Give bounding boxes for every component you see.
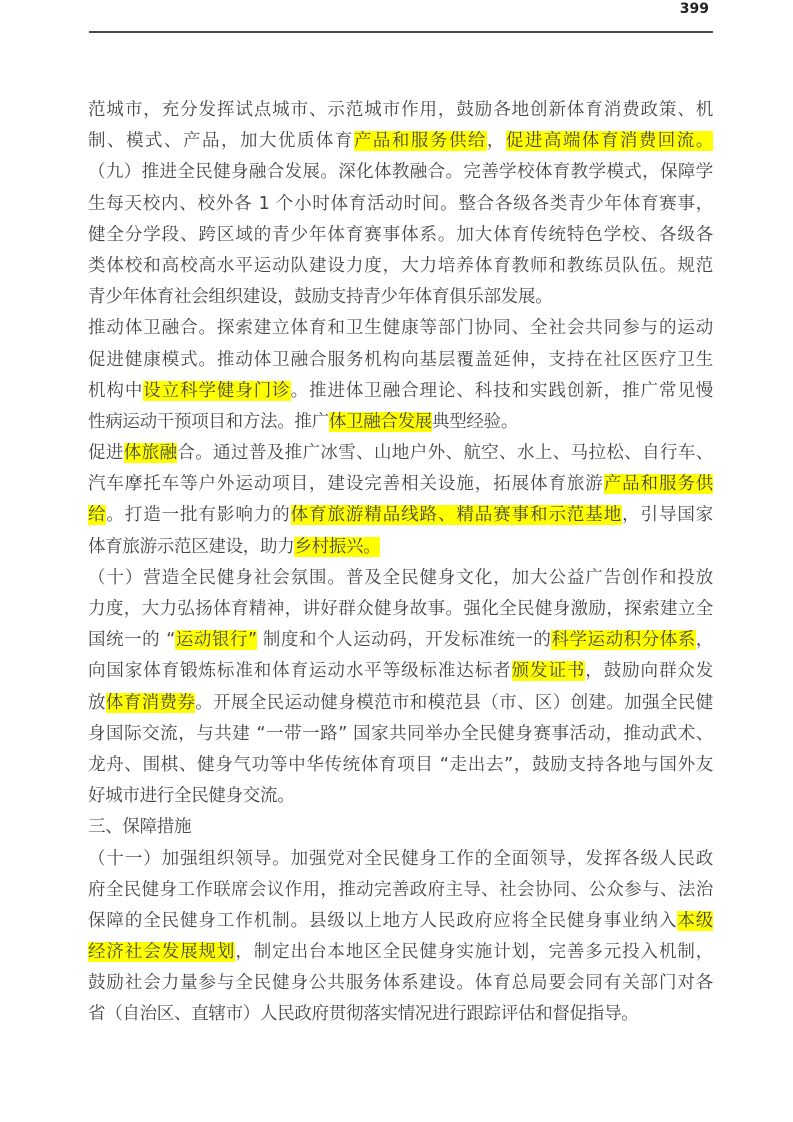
text-segment: 汽车摩托车等户外运动项目，建设完善相关设施，拓展体育旅游 <box>88 474 604 494</box>
highlighted-text: 产品和服务供 <box>604 474 713 494</box>
text-line: 推动体卫融合。探索建立体育和卫生健康等部门协同、全社会共同参与的运动 <box>88 313 713 344</box>
text-segment: 推动体卫融合。探索建立体育和卫生健康等部门协同、全社会共同参与的运动 <box>88 318 713 338</box>
text-segment: ，制定出台本地区全民健身实施计划，完善多元投入机制， <box>235 942 713 962</box>
text-segment: 促进 <box>88 443 124 463</box>
text-line: （十）营造全民健身社会氛围。普及全民健身文化，加大公益广告创作和投放 <box>88 563 713 594</box>
text-line: 性病运动干预项目和方法。推广体卫融合发展典型经验。 <box>88 407 713 438</box>
text-segment: ，鼓励向群众发 <box>585 661 713 681</box>
text-line: 健全分学段、跨区域的青少年体育赛事体系。加大体育传统特色学校、各级各 <box>88 220 713 251</box>
highlighted-text: 运动银行” <box>175 630 257 650</box>
text-segment: 向国家体育锻炼标准和体育运动水平等级标准达标者 <box>88 661 512 681</box>
highlighted-text: 体育旅游精品线路、精品赛事和示范基地 <box>291 505 623 525</box>
text-segment: 性病运动干预项目和方法。推广 <box>88 412 329 432</box>
header-rule <box>89 31 713 33</box>
text-segment: 典型经验。 <box>432 412 518 432</box>
text-line: 促进体旅融合。通过普及推广冰雪、山地户外、航空、水上、马拉松、自行车、 <box>88 438 713 469</box>
text-segment: 。打造一批有影响力的 <box>106 505 290 525</box>
text-line: （九）推进全民健身融合发展。深化体教融合。完善学校体育教学模式，保障学 <box>88 157 713 188</box>
text-line: 鼓励社会力量参与全民健身公共服务体系建设。体育总局要会同有关部门对各 <box>88 968 713 999</box>
highlighted-text: 本级 <box>677 911 713 931</box>
text-segment: 机构中 <box>88 381 143 401</box>
text-line: 龙舟、围棋、健身气功等中华传统体育项目 “走出去”，鼓励支持各地与国外友 <box>88 750 713 781</box>
text-segment: 省（自治区、直辖市）人民政府贯彻落实情况进行跟踪评估和督促指导。 <box>88 1004 638 1024</box>
text-segment: ， <box>696 630 713 650</box>
text-segment: 合。通过普及推广冰雪、山地户外、航空、水上、马拉松、自行车、 <box>177 443 713 463</box>
highlighted-text: 科学运动积分体系 <box>551 630 695 650</box>
text-segment: 国统一的 “ <box>88 630 175 650</box>
para-consumption: 范城市，充分发挥试点城市、示范城市作用，鼓励各地创新体育消费政策、机制、模式、产… <box>88 95 713 157</box>
highlighted-text: 乡村振兴。 <box>294 537 380 557</box>
text-segment: （九）推进全民健身融合发展。深化体教融合。完善学校体育教学模式，保障学 <box>88 162 713 182</box>
text-line: 体育旅游示范区建设，助力乡村振兴。 <box>88 532 713 563</box>
text-body: 范城市，充分发挥试点城市、示范城市作用，鼓励各地创新体育消费政策、机制、模式、产… <box>88 95 713 1031</box>
text-segment: 促进健康模式。推动体卫融合服务机构向基层覆盖延伸，支持在社区医疗卫生 <box>88 350 713 370</box>
highlighted-text: 产品和服务供给 <box>354 131 487 151</box>
text-segment: 健全分学段、跨区域的青少年体育赛事体系。加大体育传统特色学校、各级各 <box>88 225 713 245</box>
text-segment: 放 <box>88 693 106 713</box>
highlighted-text: 给 <box>88 505 106 525</box>
text-segment: 龙舟、围棋、健身气功等中华传统体育项目 “走出去”，鼓励支持各地与国外友 <box>88 755 713 775</box>
highlighted-text: 体育消费券 <box>106 693 195 713</box>
text-segment: 力度，大力弘扬体育精神，讲好群众健身故事。强化全民健身激励，探索建立全 <box>88 599 713 619</box>
text-segment: 制、模式、产品，加大优质体育 <box>88 131 354 151</box>
text-line: 制、模式、产品，加大优质体育产品和服务供给，促进高端体育消费回流。 <box>88 126 713 157</box>
text-line: 省（自治区、直辖市）人民政府贯彻落实情况进行跟踪评估和督促指导。 <box>88 999 713 1030</box>
text-segment: 制度和个人运动码，开发标准统一的 <box>257 630 552 650</box>
text-line: 范城市，充分发挥试点城市、示范城市作用，鼓励各地创新体育消费政策、机 <box>88 95 713 126</box>
text-segment: 青少年体育社会组织建设，鼓励支持青少年体育俱乐部发展。 <box>88 287 552 307</box>
highlighted-text: 促进高端体育消费回流。 <box>506 131 713 151</box>
text-line: 保障的全民健身工作机制。县级以上地方人民政府应将全民健身事业纳入本级 <box>88 906 713 937</box>
text-line: 力度，大力弘扬体育精神，讲好群众健身故事。强化全民健身激励，探索建立全 <box>88 594 713 625</box>
text-line: 放体育消费券。开展全民运动健身模范市和模范县（市、区）创建。加强全民健 <box>88 688 713 719</box>
section-heading-safeguards: 三、保障措施 <box>88 812 713 843</box>
text-segment: 生每天校内、校外各 1 个小时体育活动时间。整合各级各类青少年体育赛事， <box>88 194 713 214</box>
page-number: 399 <box>680 1 709 17</box>
text-segment: 。推进体卫融合理论、科技和实践创新，推广常见慢 <box>291 381 713 401</box>
text-line: 青少年体育社会组织建设，鼓励支持青少年体育俱乐部发展。 <box>88 282 713 313</box>
para-10-atmosphere: （十）营造全民健身社会氛围。普及全民健身文化，加大公益广告创作和投放力度，大力弘… <box>88 563 713 813</box>
text-line: 身国际交流，与共建 “一带一路” 国家共同举办全民健身赛事活动，推动武术、 <box>88 719 713 750</box>
para-sport-tourism: 促进体旅融合。通过普及推广冰雪、山地户外、航空、水上、马拉松、自行车、汽车摩托车… <box>88 438 713 563</box>
highlighted-text: 体旅融 <box>124 443 178 463</box>
text-line: 生每天校内、校外各 1 个小时体育活动时间。整合各级各类青少年体育赛事， <box>88 189 713 220</box>
text-line: 汽车摩托车等户外运动项目，建设完善相关设施，拓展体育旅游产品和服务供 <box>88 469 713 500</box>
text-segment: 范城市，充分发挥试点城市、示范城市作用，鼓励各地创新体育消费政策、机 <box>88 100 713 120</box>
text-line: 国统一的 “运动银行” 制度和个人运动码，开发标准统一的科学运动积分体系， <box>88 625 713 656</box>
text-segment: 体育旅游示范区建设，助力 <box>88 537 294 557</box>
text-line: （十一）加强组织领导。加强党对全民健身工作的全面领导，发挥各级人民政 <box>88 844 713 875</box>
text-line: 经济社会发展规划，制定出台本地区全民健身实施计划，完善多元投入机制， <box>88 937 713 968</box>
para-sport-health: 推动体卫融合。探索建立体育和卫生健康等部门协同、全社会共同参与的运动促进健康模式… <box>88 313 713 438</box>
para-9-integration: （九）推进全民健身融合发展。深化体教融合。完善学校体育教学模式，保障学生每天校内… <box>88 157 713 313</box>
text-line: 三、保障措施 <box>88 812 713 843</box>
text-line: 好城市进行全民健身交流。 <box>88 781 713 812</box>
text-line: 机构中设立科学健身门诊。推进体卫融合理论、科技和实践创新，推广常见慢 <box>88 376 713 407</box>
text-segment: 类体校和高校高水平运动队建设力度，大力培养体育教师和教练员队伍。规范 <box>88 256 713 276</box>
text-line: 促进健康模式。推动体卫融合服务机构向基层覆盖延伸，支持在社区医疗卫生 <box>88 345 713 376</box>
para-11-leadership: （十一）加强组织领导。加强党对全民健身工作的全面领导，发挥各级人民政府全民健身工… <box>88 844 713 1031</box>
text-segment: 好城市进行全民健身交流。 <box>88 786 294 806</box>
text-segment: 三、保障措施 <box>88 817 191 837</box>
text-segment: （十一）加强组织领导。加强党对全民健身工作的全面领导，发挥各级人民政 <box>88 849 713 869</box>
text-line: 给。打造一批有影响力的体育旅游精品线路、精品赛事和示范基地，引导国家 <box>88 500 713 531</box>
text-segment: （十）营造全民健身社会氛围。普及全民健身文化，加大公益广告创作和投放 <box>88 568 713 588</box>
text-segment: ， <box>487 131 506 151</box>
text-segment: 。开展全民运动健身模范市和模范县（市、区）创建。加强全民健 <box>195 693 713 713</box>
text-segment: 身国际交流，与共建 “一带一路” 国家共同举办全民健身赛事活动，推动武术、 <box>88 724 713 744</box>
highlighted-text: 颁发证书 <box>512 661 586 681</box>
highlighted-text: 体卫融合发展 <box>329 412 432 432</box>
text-line: 向国家体育锻炼标准和体育运动水平等级标准达标者颁发证书，鼓励向群众发 <box>88 656 713 687</box>
text-segment: 鼓励社会力量参与全民健身公共服务体系建设。体育总局要会同有关部门对各 <box>88 973 713 993</box>
highlighted-text: 经济社会发展规划 <box>88 942 235 962</box>
text-segment: ，引导国家 <box>622 505 713 525</box>
text-segment: 保障的全民健身工作机制。县级以上地方人民政府应将全民健身事业纳入 <box>88 911 677 931</box>
text-line: 府全民健身工作联席会议作用，推动完善政府主导、社会协同、公众参与、法治 <box>88 875 713 906</box>
text-line: 类体校和高校高水平运动队建设力度，大力培养体育教师和教练员队伍。规范 <box>88 251 713 282</box>
highlighted-text: 设立科学健身门诊 <box>143 381 290 401</box>
text-segment: 府全民健身工作联席会议作用，推动完善政府主导、社会协同、公众参与、法治 <box>88 880 713 900</box>
